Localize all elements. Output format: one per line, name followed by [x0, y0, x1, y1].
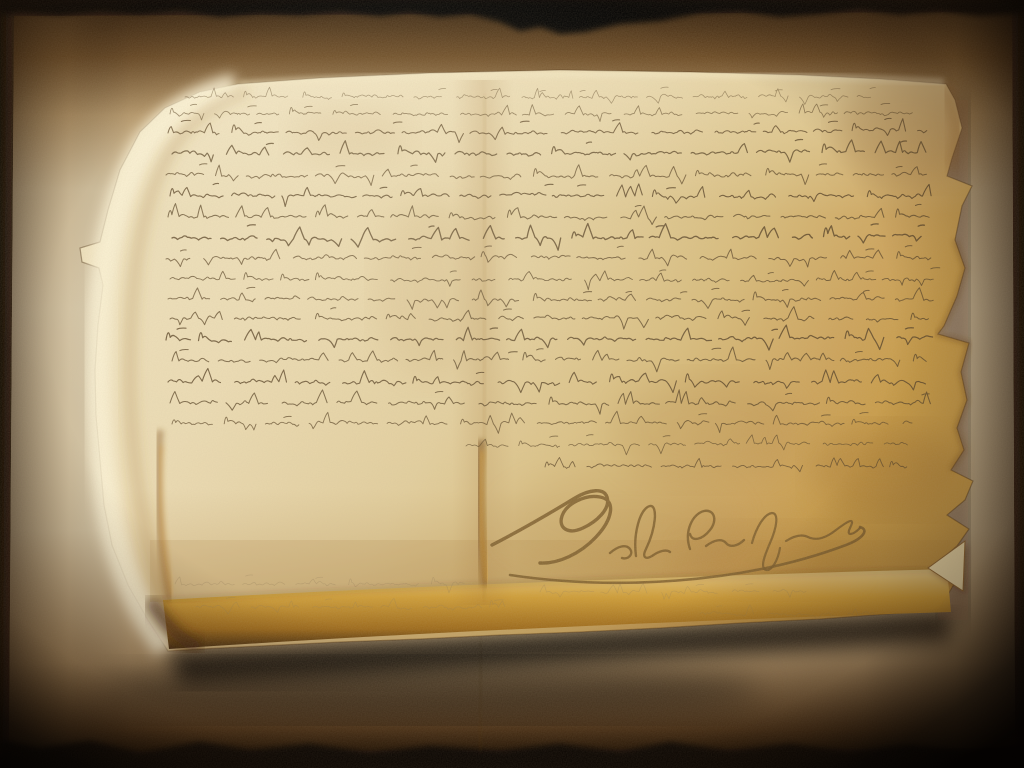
vignette-overlay: [0, 0, 1024, 768]
scene-canvas: [0, 0, 1024, 768]
manuscript-photo: [0, 0, 1024, 768]
